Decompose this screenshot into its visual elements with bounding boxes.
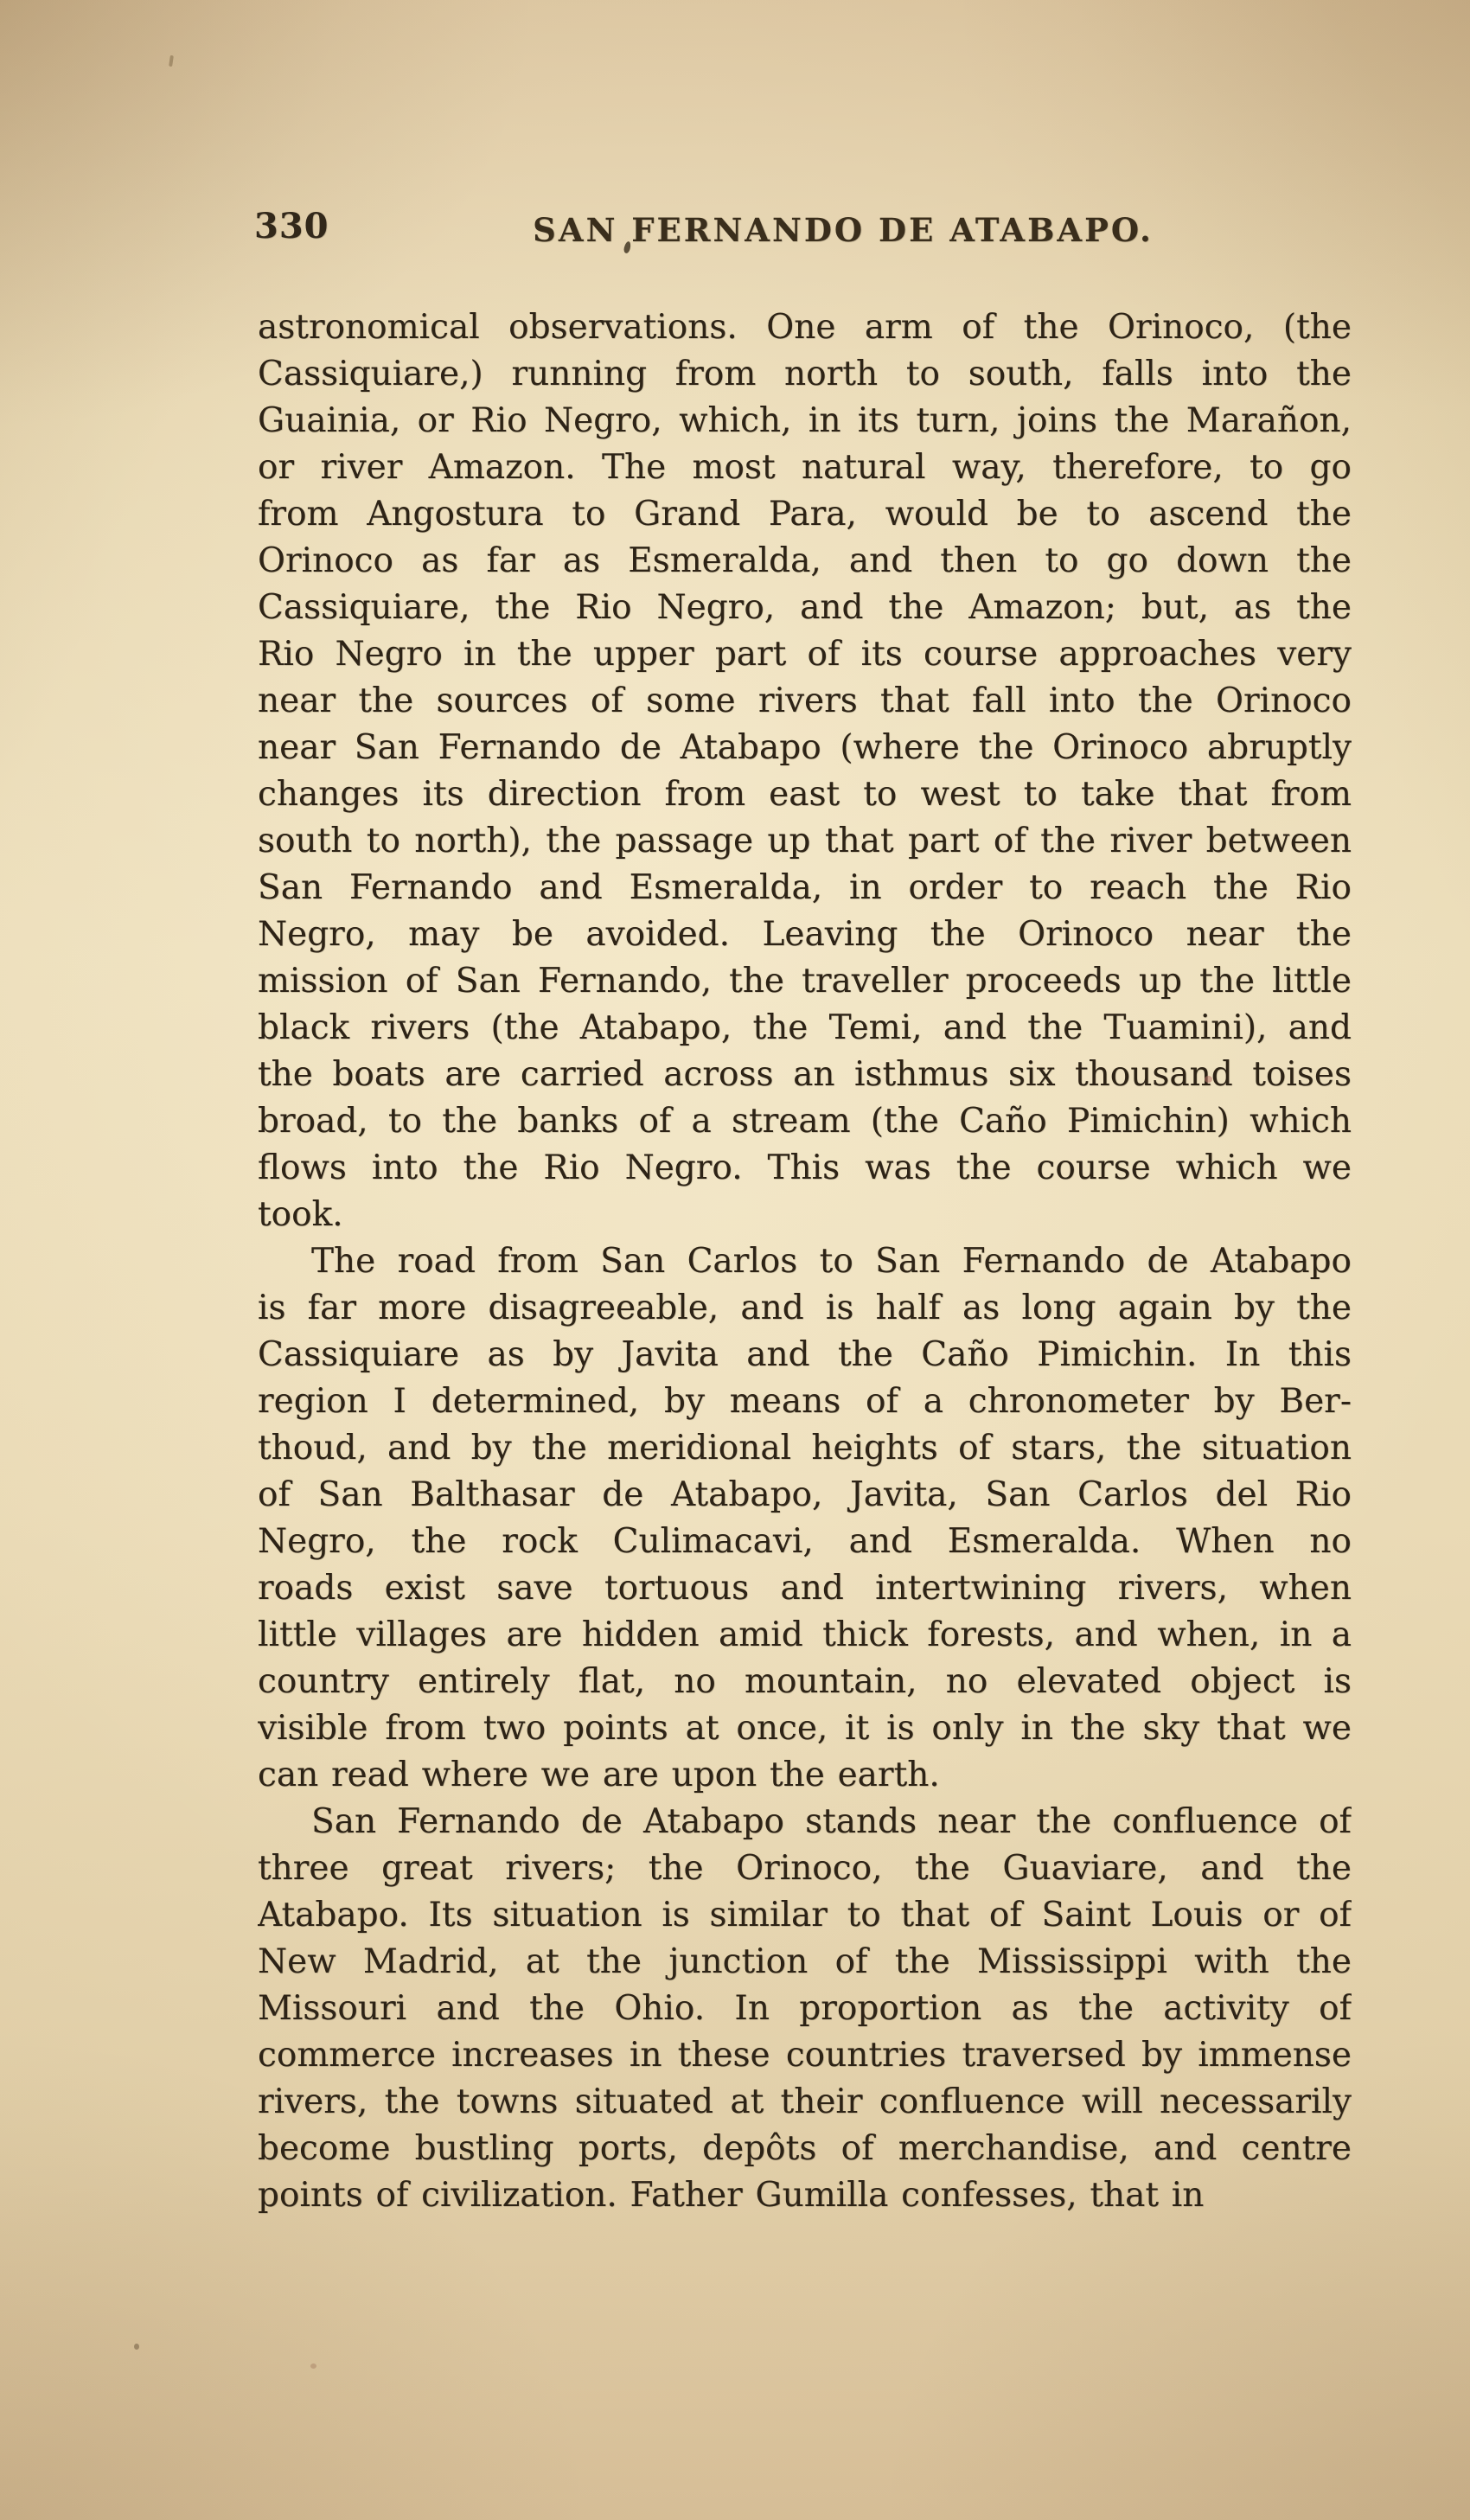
- running-head: SAN FERNANDO DE ATABAPO.: [533, 211, 1154, 249]
- text-line: Cassiquiare as by Javita and the Caño Pi…: [258, 1332, 1352, 1378]
- paper-scratch: [169, 55, 174, 67]
- text-line: become bustling ports, depôts of merchan…: [258, 2126, 1352, 2172]
- page-number: 330: [254, 206, 329, 246]
- text-line: Missouri and the Ohio. In proportion as …: [258, 1986, 1352, 2032]
- text-line: Rio Negro in the upper part of its cours…: [258, 631, 1352, 678]
- text-line: Negro, may be avoided. Leaving the Orino…: [258, 911, 1352, 958]
- text-line: three great rivers; the Orinoco, the Gua…: [258, 1845, 1352, 1892]
- text-line: Guainia, or Rio Negro, which, in its tur…: [258, 398, 1352, 445]
- text-line: roads exist save tortuous and intertwini…: [258, 1565, 1352, 1612]
- book-page: 330 SAN FERNANDO DE ATABAPO. astronomica…: [0, 0, 1470, 2520]
- text-line: south to north), the passage up that par…: [258, 818, 1352, 865]
- text-line: visible from two points at once, it is o…: [258, 1705, 1352, 1752]
- text-line: region I determined, by means of a chron…: [258, 1378, 1352, 1425]
- text-line: mission of San Fernando, the traveller p…: [258, 958, 1352, 1005]
- text-line: of San Balthasar de Atabapo, Javita, San…: [258, 1472, 1352, 1519]
- text-line: astronomical observations. One arm of th…: [258, 304, 1352, 351]
- paragraph: The road from San Carlos to San Fernando…: [258, 1238, 1352, 1799]
- ink-speck: [310, 2363, 316, 2369]
- text-line: San Fernando and Esmeralda, in order to …: [258, 865, 1352, 911]
- text-line: commerce increases in these countries tr…: [258, 2032, 1352, 2079]
- ink-speck: [134, 2344, 139, 2350]
- paragraph: San Fernando de Atabapo stands near the …: [258, 1799, 1352, 2219]
- text-line: little villages are hidden amid thick fo…: [258, 1612, 1352, 1659]
- text-line: near San Fernando de Atabapo (where the …: [258, 725, 1352, 771]
- text-line: broad, to the banks of a stream (the Cañ…: [258, 1098, 1352, 1145]
- text-line: the boats are carried across an isthmus …: [258, 1052, 1352, 1098]
- text-line: The road from San Carlos to San Fernando…: [258, 1238, 1352, 1285]
- text-line: Orinoco as far as Esmeralda, and then to…: [258, 538, 1352, 585]
- text-line: from Angostura to Grand Para, would be t…: [258, 491, 1352, 538]
- text-line: near the sources of some rivers that fal…: [258, 678, 1352, 725]
- text-line: rivers, the towns situated at their conf…: [258, 2079, 1352, 2126]
- text-line: or river Amazon. The most natural way, t…: [258, 445, 1352, 491]
- text-line: Cassiquiare,) running from north to sout…: [258, 351, 1352, 398]
- text-line: Cassiquiare, the Rio Negro, and the Amaz…: [258, 585, 1352, 631]
- text-block: astronomical observations. One arm of th…: [258, 304, 1352, 2219]
- text-line: San Fernando de Atabapo stands near the …: [258, 1799, 1352, 1845]
- text-line: thoud, and by the meridional heights of …: [258, 1425, 1352, 1472]
- text-line: Negro, the rock Culimacavi, and Esmerald…: [258, 1519, 1352, 1565]
- text-line: changes its direction from east to west …: [258, 771, 1352, 818]
- scanned-book-page: { "page": { "number": "330", "running_he…: [0, 0, 1470, 2520]
- text-line: Atabapo. Its situation is similar to tha…: [258, 1892, 1352, 1939]
- text-line: black rivers (the Atabapo, the Temi, and…: [258, 1005, 1352, 1052]
- text-line: is far more disagreeable, and is half as…: [258, 1285, 1352, 1332]
- text-line: took.: [258, 1192, 1352, 1238]
- text-line: New Madrid, at the junction of the Missi…: [258, 1939, 1352, 1986]
- paragraph: astronomical observations. One arm of th…: [258, 304, 1352, 1238]
- text-line: country entirely flat, no mountain, no e…: [258, 1659, 1352, 1705]
- text-line: can read where we are upon the earth.: [258, 1752, 1352, 1799]
- text-line: points of civilization. Father Gumilla c…: [258, 2172, 1352, 2219]
- text-line: flows into the Rio Negro. This was the c…: [258, 1145, 1352, 1192]
